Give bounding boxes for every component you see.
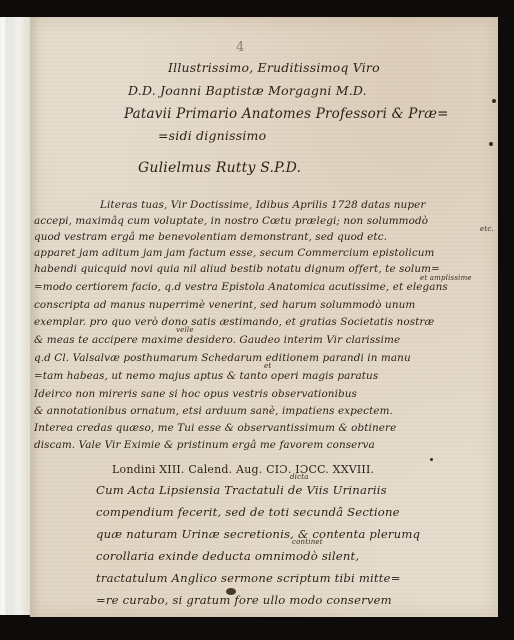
paper-speck [492,99,496,103]
body-line-2: accepi, maximâq cum voluptate, in nostro… [34,215,428,227]
body-line-6: =modo certiorem facio, q.d vestra Episto… [34,281,448,293]
interlinear-note-1: etc. [480,225,494,233]
body-line-12: Ideirco non mireris sane si hoc opus ves… [34,388,357,400]
postscript-interlinear-1: dicta [290,473,309,481]
postscript-line-5: tractatulum Anglico sermone scriptum tib… [96,571,401,585]
body-line-14: Interea credas quæso, me Tui esse & obse… [34,422,396,434]
postscript-line-6: =re curabo, si gratum fore ullo modo con… [96,593,392,607]
postscript-line-2: compendium fecerit, sed de toti secundâ … [96,505,400,519]
body-line-3: quod vestram ergâ me benevolentiam demon… [34,231,387,243]
paper-speck [430,458,433,461]
body-line-10: q.d Cl. Valsalvæ posthumarum Schedarum e… [34,352,411,364]
body-line-4: apparet jam aditum jam jam factum esse, … [34,247,435,259]
postscript-line-3: quæ naturam Urinæ secretionis, & content… [96,527,420,541]
folio-number: 4 [236,40,244,55]
body-line-1: Literas tuas, Vir Doctissime, Idibus Apr… [100,199,425,211]
body-line-7: conscripta ad manus nuperrimè venerint, … [34,299,415,311]
body-line-5: habendi quicquid novi quia nil aliud bes… [34,263,440,275]
body-line-11: =tam habeas, ut nemo majus aptus & tanto… [34,370,378,382]
address-line-4: =sidi dignissimo [158,128,266,143]
postscript-interlinear-2: continet [292,538,323,546]
postscript-line-4: corollaria exinde deducta omnimodò silen… [96,549,359,563]
body-line-9: & meas te accipere maxime desidero. Gaud… [34,334,400,346]
salutation: Gulielmus Rutty S.P.D. [138,160,301,176]
postscript-line-1: Cum Acta Lipsiensia Tractatuli de Viis U… [96,483,387,497]
interlinear-note-3: velle [176,326,194,334]
dateline: Londini XIII. Calend. Aug. CIƆ. IƆCC. XX… [112,463,374,476]
body-line-13: & annotationibus ornatum, etsi arduum sa… [34,405,393,417]
paper-speck [489,142,493,146]
body-line-15: discam. Vale Vir Eximie & pristinum ergâ… [34,439,375,451]
address-line-2: D.D. Joanni Baptistæ Morgagni M.D. [128,83,367,98]
address-line-1: Illustrissimo, Eruditissimoq Viro [168,60,380,75]
ink-blot [226,588,236,595]
address-line-3: Patavii Primario Anatomes Professori & P… [124,106,449,122]
interlinear-note-4: et [264,362,271,370]
manuscript-scan: 4 Illustrissimo, Eruditissimoq Viro D.D.… [0,0,514,640]
body-line-8: exemplar. pro quo verò dono satis æstima… [34,316,434,328]
